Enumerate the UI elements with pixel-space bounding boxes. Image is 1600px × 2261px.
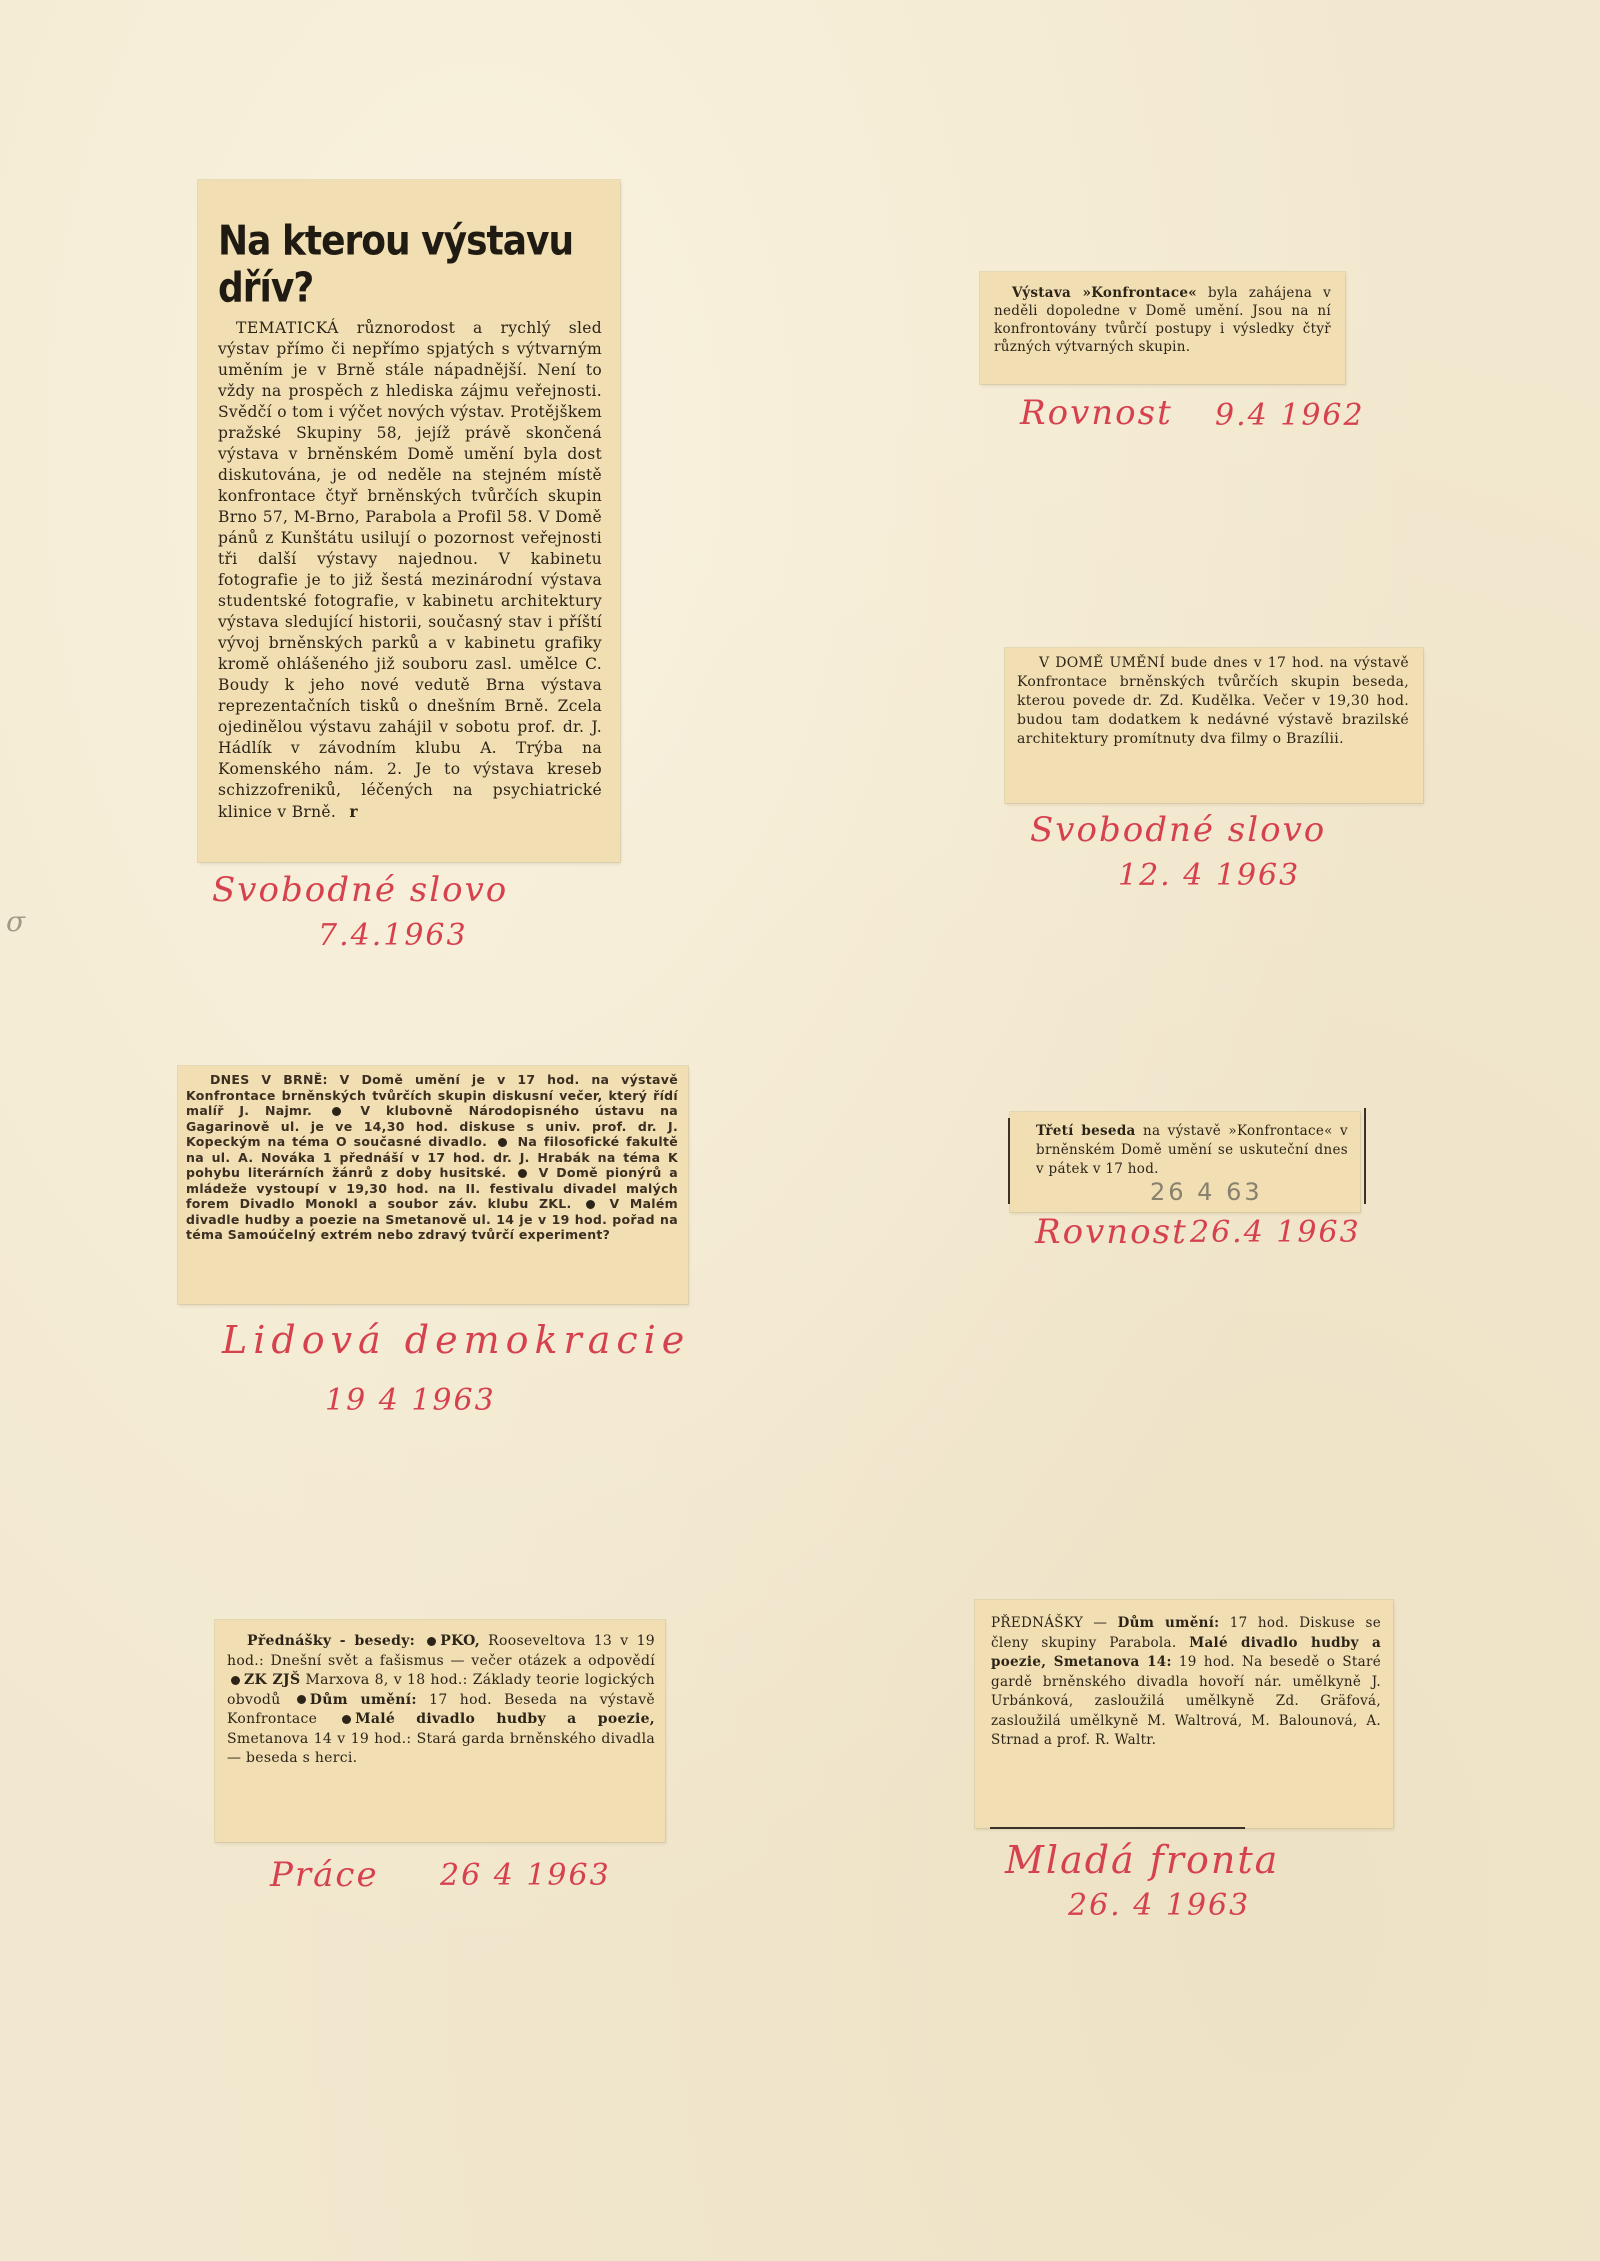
bullet-icon [332,1107,341,1116]
annotation-date: 26.4 1963 [1190,1215,1361,1250]
clipping-body: PŘEDNÁŠKY — Dům umění: 17 hod. Diskuse s… [991,1614,1381,1751]
clipping-svobodne-slovo-7-4: Na kterou výstavu dřív? TEMATICKÁ různor… [198,180,620,862]
clipping-bold: Dům umění: [310,1692,417,1708]
margin-bar [1008,1118,1010,1204]
annotation-source: Rovnost [1035,1212,1188,1252]
clipping-prace-26-4: Přednášky - besedy: PKO, Rooseveltova 13… [215,1620,665,1842]
bullet-icon [342,1715,351,1724]
cut-line [990,1827,1245,1829]
clipping-lead: Třetí beseda [1036,1123,1136,1139]
bullet-icon [297,1695,306,1704]
bullet-icon [518,1169,527,1178]
clipping-mlada-fronta-26-4: PŘEDNÁŠKY — Dům umění: 17 hod. Diskuse s… [975,1600,1393,1828]
clipping-body: Výstava »Konfrontace« byla zahájena v ne… [994,284,1331,356]
annotation-source: Mladá fronta [1005,1838,1279,1882]
pencil-note: 26 4 63 [1150,1178,1263,1206]
annotation-source: Svobodné slovo [212,870,508,910]
annotation-source: Práce [270,1855,379,1895]
clipping-body: Přednášky - besedy: PKO, Rooseveltova 13… [227,1632,655,1769]
margin-bar [1364,1108,1366,1204]
annotation-date: 26. 4 1963 [1068,1888,1250,1923]
clipping-bold: Malé divadlo hudby a poezie, [355,1711,655,1727]
clipping-signature: r [349,802,357,821]
clipping-lead: Přednášky - besedy: [247,1633,415,1649]
clipping-body: DNES V BRNĚ: V Domě umění je v 17 hod. n… [186,1072,678,1243]
bullet-icon [586,1200,595,1209]
clipping-bold: ZK ZJŠ [244,1672,300,1688]
clipping-lead: DNES V BRNĚ: [210,1072,328,1087]
clipping-body: Třetí beseda na výstavě »Konfrontace« v … [1036,1122,1348,1179]
clipping-text: různorodost a rychlý sled výstav přímo č… [218,319,602,821]
clipping-body: TEMATICKÁ různorodost a rychlý sled výst… [218,318,602,823]
clipping-lead: TEMATICKÁ [236,319,339,337]
annotation-source: Lidová demokracie [222,1318,690,1362]
clipping-body: V DOMĚ UMĚNÍ bude dnes v 17 hod. na výst… [1017,654,1409,749]
clipping-lead: Výstava »Konfrontace« [1012,285,1197,301]
annotation-source: Svobodné slovo [1030,810,1326,850]
clipping-text: Smetanova 14 v 19 hod.: Stará garda brně… [227,1731,655,1767]
annotation-date: 9.4 1962 [1215,398,1365,433]
clipping-svobodne-slovo-12-4: V DOMĚ UMĚNÍ bude dnes v 17 hod. na výst… [1005,648,1423,803]
annotation-date: 19 4 1963 [325,1383,496,1418]
clipping-lidova-demokracie-19-4: DNES V BRNĚ: V Domě umění je v 17 hod. n… [178,1066,688,1304]
annotation-date: 26 4 1963 [440,1858,611,1893]
scrapbook-page: Na kterou výstavu dřív? TEMATICKÁ různor… [0,0,1600,2261]
paper-mark: σ [6,905,25,938]
clipping-headline: Na kterou výstavu dřív? [218,218,602,312]
clipping-bold: Dům umění: [1118,1615,1220,1631]
bullet-icon [427,1637,436,1646]
bullet-icon [231,1676,240,1685]
bullet-icon [498,1138,507,1147]
clipping-rovnost-9-4: Výstava »Konfrontace« byla zahájena v ne… [980,272,1345,384]
annotation-date: 12. 4 1963 [1118,858,1300,893]
clipping-bold: PKO, [440,1633,480,1649]
clipping-lead: PŘEDNÁŠKY — [991,1615,1118,1631]
annotation-date: 7.4.1963 [318,918,468,953]
clipping-lead: V DOMĚ UMĚNÍ [1039,655,1165,671]
annotation-source: Rovnost [1020,393,1173,433]
